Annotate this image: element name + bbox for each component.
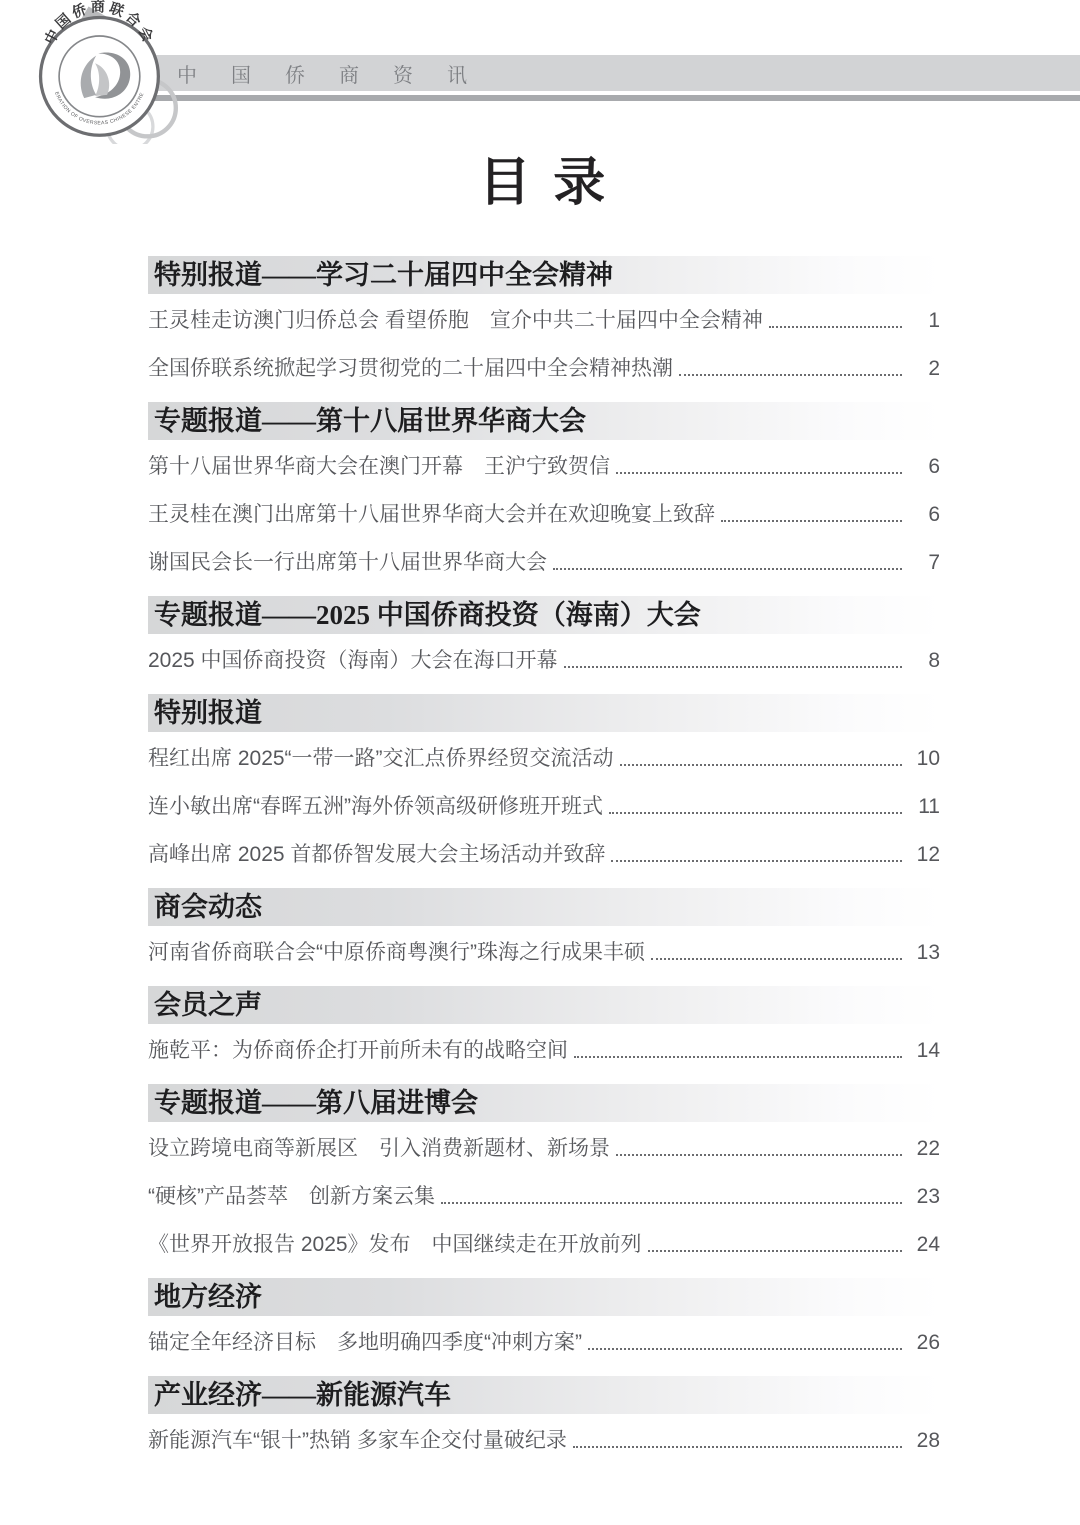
toc-entry-page: 1	[910, 306, 940, 336]
toc-entry: 王灵桂走访澳门归侨总会 看望侨胞 宣介中共二十届四中全会精神 1	[148, 306, 940, 336]
toc-entry-title: 谢国民会长一行出席第十八届世界华商大会	[148, 548, 547, 578]
toc-section: 商会动态 河南省侨商联合会“中原侨商粤澳行”珠海之行成果丰硕 13	[148, 888, 940, 968]
toc-entry: “硬核”产品荟萃 创新方案云集 23	[148, 1182, 940, 1212]
dot-leader	[574, 1056, 902, 1058]
dot-leader	[564, 666, 902, 668]
federation-seal-icon: 中国侨商联合会 CHINA FEDERATION OF OVERSEAS CHI…	[34, 0, 178, 144]
toc-entry: 高峰出席 2025 首都侨智发展大会主场活动并致辞 12	[148, 840, 940, 870]
toc-entry: 《世界开放报告 2025》发布 中国继续走在开放前列 24	[148, 1230, 940, 1260]
section-heading: 产业经济——新能源汽车	[148, 1376, 940, 1414]
dot-leader	[553, 568, 902, 570]
toc-content: 特别报道——学习二十届四中全会精神 王灵桂走访澳门归侨总会 看望侨胞 宣介中共二…	[148, 256, 940, 1456]
toc-entry-title: 河南省侨商联合会“中原侨商粤澳行”珠海之行成果丰硕	[148, 938, 645, 968]
toc-entry-page: 23	[910, 1182, 940, 1212]
header-banner: 中国侨商资讯	[135, 55, 1080, 91]
toc-section: 专题报道——第十八届世界华商大会 第十八届世界华商大会在澳门开幕 王沪宁致贺信 …	[148, 402, 940, 578]
toc-section: 专题报道——2025 中国侨商投资（海南）大会 2025 中国侨商投资（海南）大…	[148, 596, 940, 676]
section-heading: 专题报道——第八届进博会	[148, 1084, 940, 1122]
toc-entry-page: 6	[910, 500, 940, 530]
dot-leader	[648, 1250, 902, 1252]
toc-entry-title: 施乾平：为侨商侨企打开前所未有的战略空间	[148, 1036, 568, 1066]
toc-entry-title: 设立跨境电商等新展区 引入消费新题材、新场景	[148, 1134, 610, 1164]
toc-entry: 施乾平：为侨商侨企打开前所未有的战略空间 14	[148, 1036, 940, 1066]
dot-leader	[573, 1446, 902, 1448]
toc-entry-page: 8	[910, 646, 940, 676]
federation-logo: 中国侨商联合会 CHINA FEDERATION OF OVERSEAS CHI…	[34, 0, 178, 144]
toc-entry-title: 锚定全年经济目标 多地明确四季度“冲刺方案”	[148, 1328, 582, 1358]
toc-entry-page: 2	[910, 354, 940, 384]
toc-entry-title: 连小敏出席“春晖五洲”海外侨领高级研修班开班式	[148, 792, 603, 822]
dot-leader	[441, 1202, 902, 1204]
dot-leader	[616, 1154, 902, 1156]
dot-leader	[611, 860, 902, 862]
toc-entry-title: 程红出席 2025“一带一路”交汇点侨界经贸交流活动	[148, 744, 614, 774]
toc-entry: 王灵桂在澳门出席第十八届世界华商大会并在欢迎晚宴上致辞 6	[148, 500, 940, 530]
toc-entry-title: 2025 中国侨商投资（海南）大会在海口开幕	[148, 646, 558, 676]
toc-entry-title: 全国侨联系统掀起学习贯彻党的二十届四中全会精神热潮	[148, 354, 673, 384]
dot-leader	[651, 958, 902, 960]
section-heading: 地方经济	[148, 1278, 940, 1316]
section-heading: 专题报道——第十八届世界华商大会	[148, 402, 940, 440]
toc-entry-page: 11	[910, 792, 940, 822]
toc-entry-title: 高峰出席 2025 首都侨智发展大会主场活动并致辞	[148, 840, 605, 870]
toc-entry: 设立跨境电商等新展区 引入消费新题材、新场景 22	[148, 1134, 940, 1164]
toc-entry: 谢国民会长一行出席第十八届世界华商大会 7	[148, 548, 940, 578]
toc-entry: 新能源汽车“银十”热销 多家车企交付量破纪录 28	[148, 1426, 940, 1456]
toc-page: 中国侨商资讯 中国侨商联合会 CHINA FEDERATION OF OVERS…	[0, 0, 1080, 1525]
toc-entry-page: 7	[910, 548, 940, 578]
toc-entry: 河南省侨商联合会“中原侨商粤澳行”珠海之行成果丰硕 13	[148, 938, 940, 968]
header-divider	[150, 95, 1080, 101]
toc-entry-page: 13	[910, 938, 940, 968]
toc-entry-title: 新能源汽车“银十”热销 多家车企交付量破纪录	[148, 1426, 567, 1456]
dot-leader	[620, 764, 902, 766]
toc-entry-page: 26	[910, 1328, 940, 1358]
dot-leader	[616, 472, 902, 474]
toc-section: 专题报道——第八届进博会 设立跨境电商等新展区 引入消费新题材、新场景 22 “…	[148, 1084, 940, 1260]
toc-entry-title: 第十八届世界华商大会在澳门开幕 王沪宁致贺信	[148, 452, 610, 482]
toc-entry-page: 24	[910, 1230, 940, 1260]
toc-section: 产业经济——新能源汽车 新能源汽车“银十”热销 多家车企交付量破纪录 28	[148, 1376, 940, 1456]
toc-entry-title: 王灵桂在澳门出席第十八届世界华商大会并在欢迎晚宴上致辞	[148, 500, 715, 530]
toc-section: 特别报道 程红出席 2025“一带一路”交汇点侨界经贸交流活动 10 连小敏出席…	[148, 694, 940, 870]
toc-entry-page: 10	[910, 744, 940, 774]
toc-entry: 2025 中国侨商投资（海南）大会在海口开幕 8	[148, 646, 940, 676]
toc-entry: 程红出席 2025“一带一路”交汇点侨界经贸交流活动 10	[148, 744, 940, 774]
publication-title: 中国侨商资讯	[177, 59, 501, 88]
toc-entry-page: 6	[910, 452, 940, 482]
page-title: 目 录	[148, 140, 940, 215]
dot-leader	[588, 1348, 902, 1350]
toc-section: 地方经济 锚定全年经济目标 多地明确四季度“冲刺方案” 26	[148, 1278, 940, 1358]
section-heading: 会员之声	[148, 986, 940, 1024]
toc-entry-title: 《世界开放报告 2025》发布 中国继续走在开放前列	[148, 1230, 642, 1260]
toc-entry: 第十八届世界华商大会在澳门开幕 王沪宁致贺信 6	[148, 452, 940, 482]
dot-leader	[769, 326, 902, 328]
toc-entry-page: 12	[910, 840, 940, 870]
dot-leader	[609, 812, 902, 814]
toc-entry-page: 28	[910, 1426, 940, 1456]
toc-entry: 全国侨联系统掀起学习贯彻党的二十届四中全会精神热潮 2	[148, 354, 940, 384]
toc-entry-page: 14	[910, 1036, 940, 1066]
toc-entry-title: 王灵桂走访澳门归侨总会 看望侨胞 宣介中共二十届四中全会精神	[148, 306, 763, 336]
dot-leader	[679, 374, 902, 376]
toc-section: 会员之声 施乾平：为侨商侨企打开前所未有的战略空间 14	[148, 986, 940, 1066]
section-heading: 特别报道	[148, 694, 940, 732]
toc-entry: 锚定全年经济目标 多地明确四季度“冲刺方案” 26	[148, 1328, 940, 1358]
section-heading: 特别报道——学习二十届四中全会精神	[148, 256, 940, 294]
toc-section: 特别报道——学习二十届四中全会精神 王灵桂走访澳门归侨总会 看望侨胞 宣介中共二…	[148, 256, 940, 384]
section-heading: 专题报道——2025 中国侨商投资（海南）大会	[148, 596, 940, 634]
section-heading: 商会动态	[148, 888, 940, 926]
toc-entry: 连小敏出席“春晖五洲”海外侨领高级研修班开班式 11	[148, 792, 940, 822]
toc-entry-title: “硬核”产品荟萃 创新方案云集	[148, 1182, 435, 1212]
dot-leader	[721, 520, 902, 522]
toc-entry-page: 22	[910, 1134, 940, 1164]
